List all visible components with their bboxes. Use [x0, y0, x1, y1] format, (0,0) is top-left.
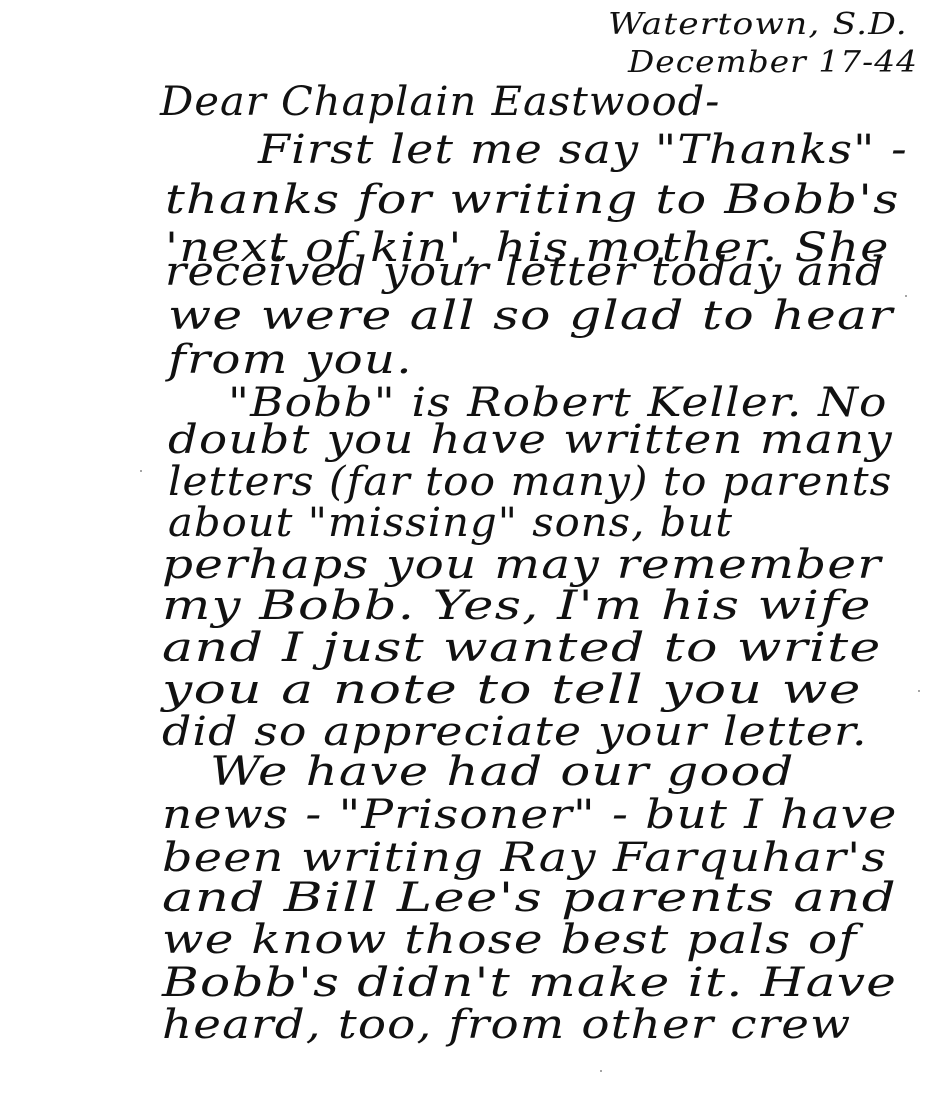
- letter-line: received your letter today and: [165, 252, 885, 292]
- letter-line: been writing Ray Farquhar's: [162, 838, 887, 878]
- letter-line: did so appreciate your letter.: [162, 712, 868, 752]
- letter-line: First let me say "Thanks" -: [258, 130, 908, 170]
- letter-line: from you.: [168, 340, 413, 380]
- salutation: Dear Chaplain Eastwood-: [160, 82, 720, 122]
- letter-line: you a note to tell you we: [162, 670, 862, 710]
- letter-line: news - "Prisoner" - but I have: [162, 795, 898, 835]
- scan-speck: [600, 1070, 602, 1072]
- letter-line: doubt you have written many: [168, 420, 893, 460]
- scan-speck: [905, 295, 907, 297]
- letter-line: and Bill Lee's parents and: [162, 878, 897, 918]
- letter-line: We have had our good: [210, 752, 795, 792]
- scan-speck: [918, 690, 920, 692]
- letter-line: heard, too, from other crew: [162, 1005, 851, 1045]
- letter-line: letters (far too many) to parents: [168, 462, 892, 502]
- letter-page: Watertown, S.D. December 17-44 Dear Chap…: [0, 0, 946, 1115]
- scan-speck: [140, 470, 142, 472]
- letter-line: we were all so glad to hear: [168, 296, 894, 336]
- letter-line: about "missing" sons, but: [168, 503, 733, 543]
- letter-line: thanks for writing to Bobb's: [165, 180, 900, 220]
- letter-place: Watertown, S.D.: [608, 10, 908, 40]
- letter-line: Bobb's didn't make it. Have: [162, 963, 897, 1003]
- scan-speck: [820, 735, 822, 737]
- letter-line: and I just wanted to write: [162, 628, 882, 668]
- letter-line: my Bobb. Yes, I'm his wife: [162, 586, 872, 626]
- letter-line: we know those best pals of: [162, 920, 858, 960]
- letter-date: December 17-44: [628, 48, 918, 78]
- letter-line: perhaps you may remember: [162, 545, 882, 585]
